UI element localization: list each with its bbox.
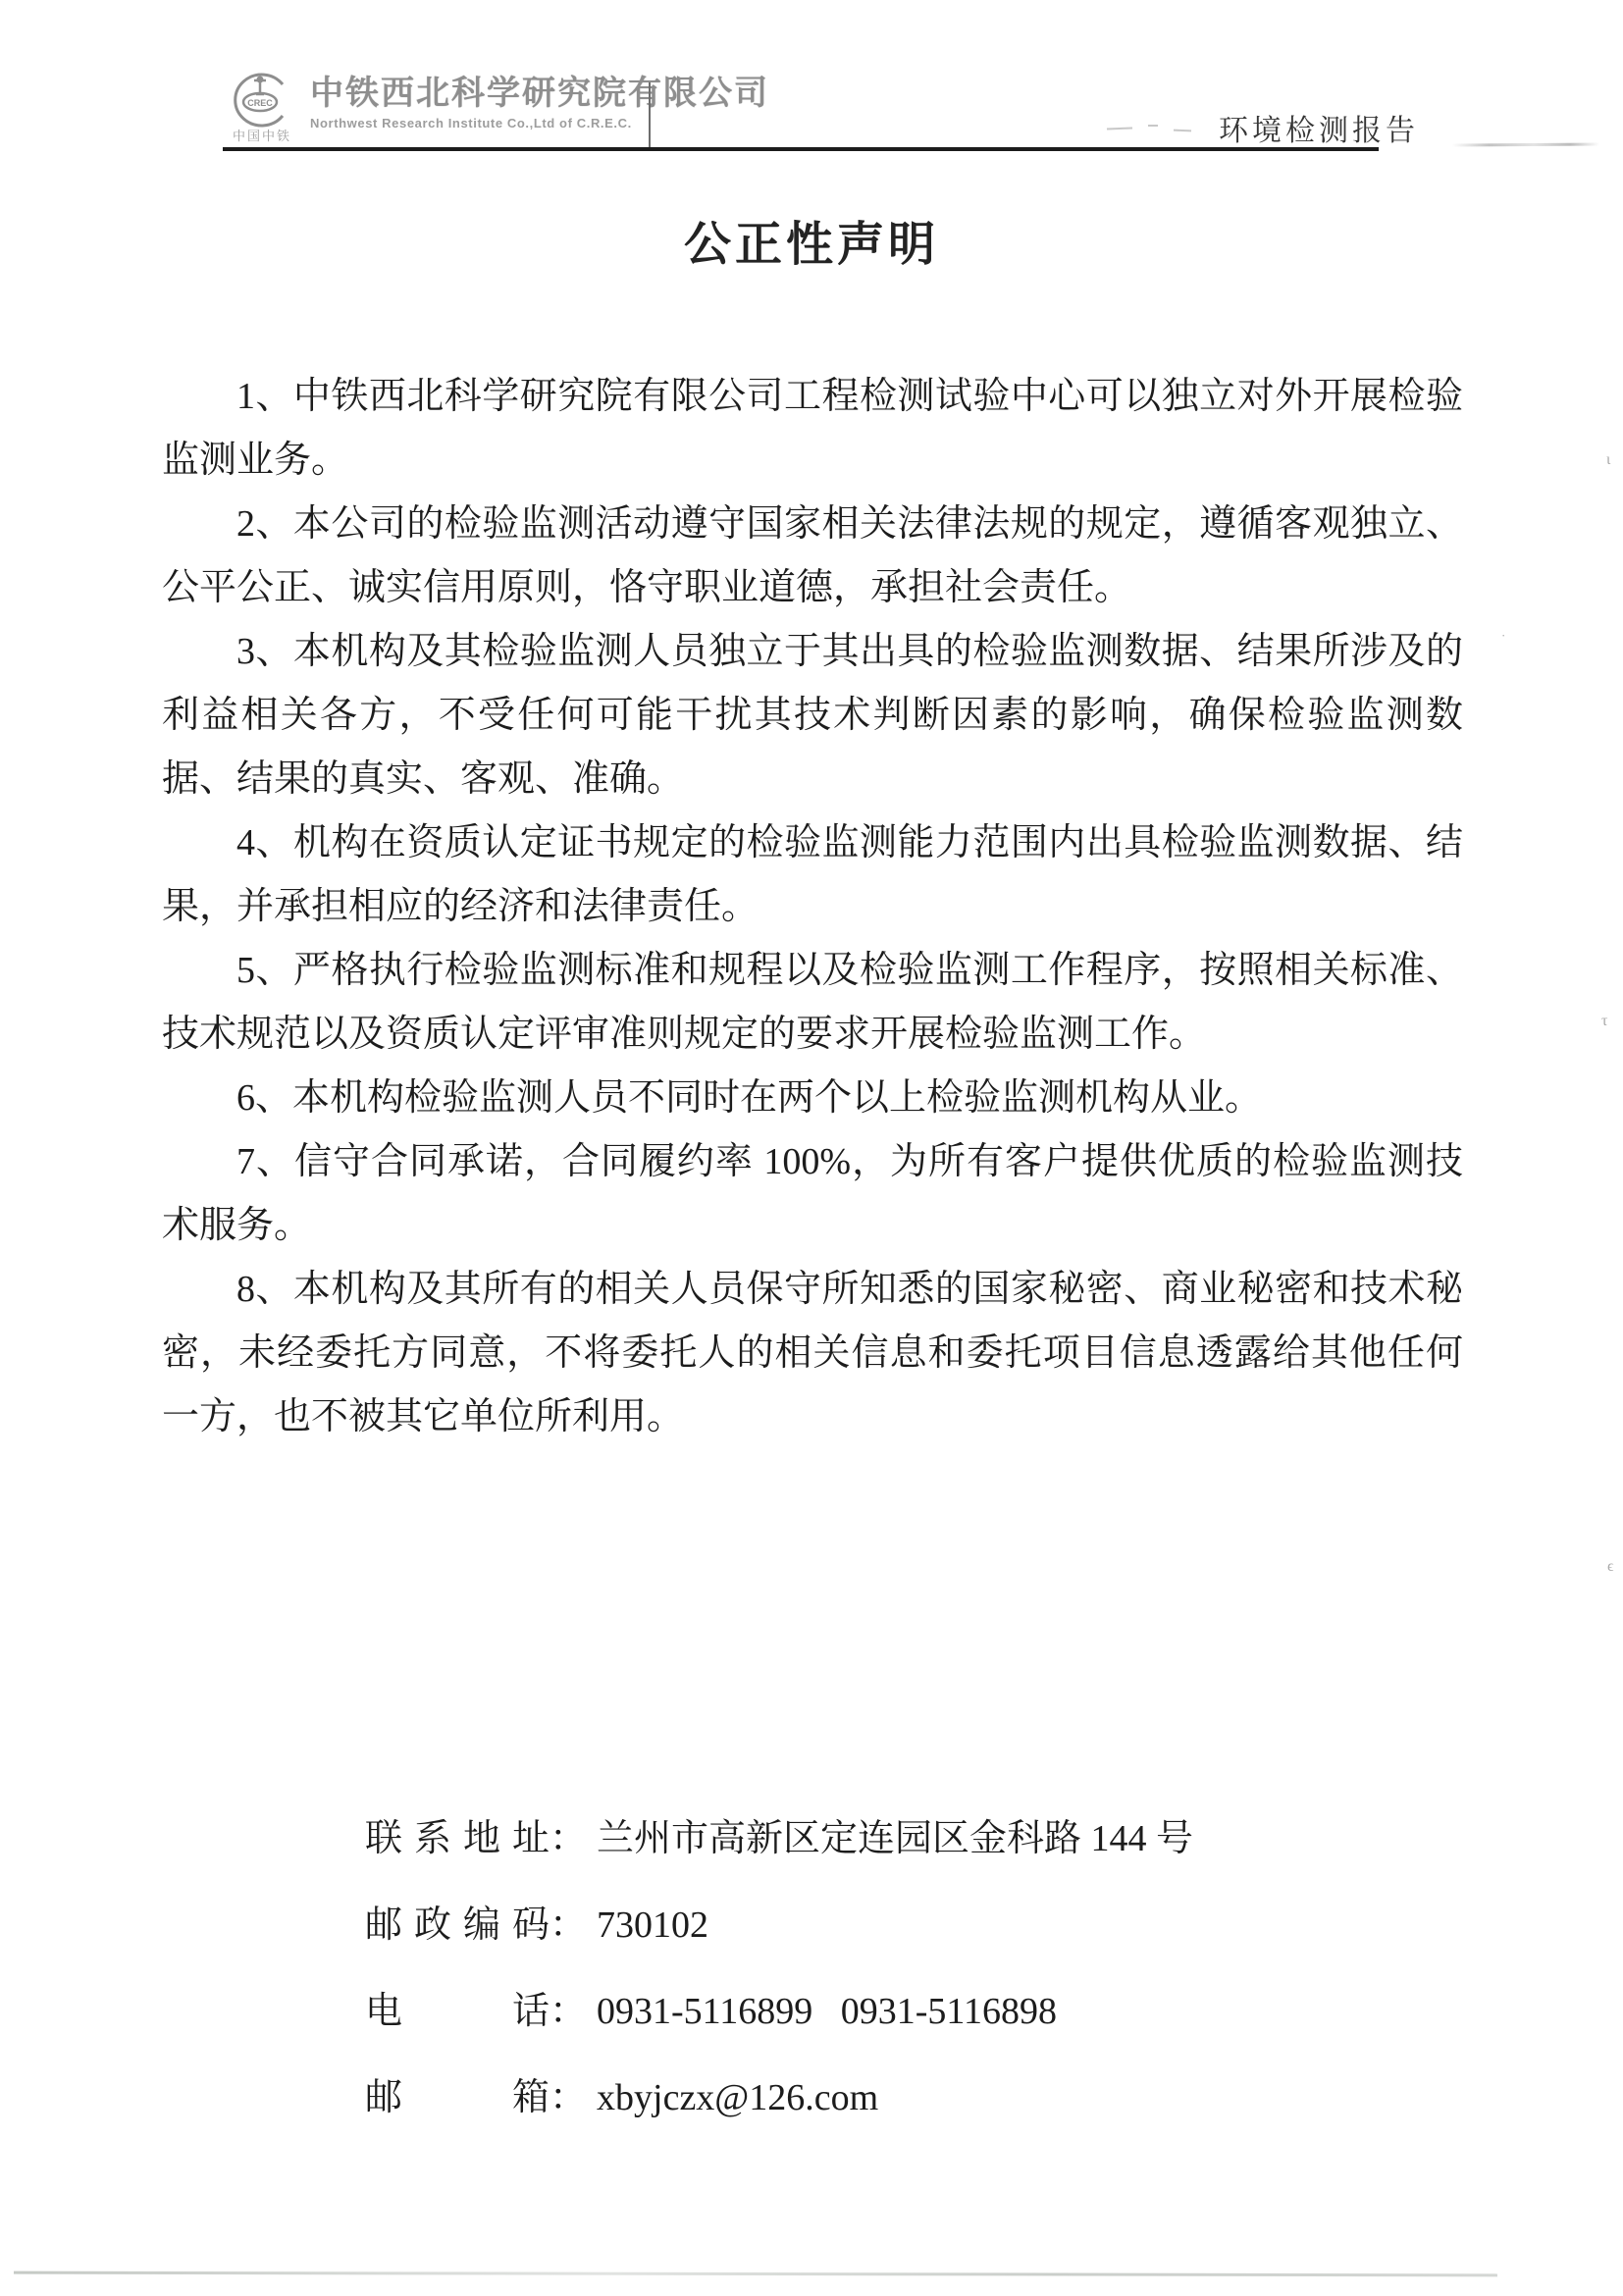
contact-label: 邮箱 [365,2055,550,2141]
statement-paragraph-5: 5、严格执行检验监测标准和规程以及检验监测工作程序，按照相关标准、技术规范以及资… [162,939,1463,1067]
scan-artifact-speck: τ [1601,1013,1607,1030]
scan-artifact-bottom-line [14,2271,1497,2277]
svg-text:CREC: CREC [247,98,273,108]
contact-label: 电话 [365,1968,550,2055]
statement-paragraph-6: 6、本机构检验监测人员不同时在两个以上检验监测机构从业。 [162,1067,1463,1130]
contact-value-address: 兰州市高新区定连园区金科路 144 号 [597,1796,1193,1882]
contact-block: 联系地址：兰州市高新区定连园区金科路 144 号 邮政编码：730102 电话：… [309,1709,1388,2055]
company-name-block: 中铁西北科学研究院有限公司 Northwest Research Institu… [310,73,769,130]
contact-colon: ： [550,1882,587,1968]
page-title: 公正性声明 [0,206,1623,274]
scan-artifact-speck: ι [1606,451,1610,469]
crec-emblem: CREC 中国中铁 [224,73,300,144]
scan-artifact-speck: ϵ [1607,1558,1613,1576]
scan-artifact-dash [1148,125,1158,127]
contact-value-email: xbyjczx@126.com [597,2055,878,2141]
contact-label: 联系地址 [365,1796,550,1882]
company-logo-block: CREC 中国中铁 中铁西北科学研究院有限公司 Northwest Resear… [224,73,652,151]
statement-paragraph-3: 3、本机构及其检验监测人员独立于其出具的检验监测数据、结果所涉及的利益相关各方，… [162,620,1463,811]
statement-paragraph-2: 2、本公司的检验监测活动遵守国家相关法律法规的规定，遵循客观独立、公平公正、诚实… [162,493,1463,620]
statement-body: 1、中铁西北科学研究院有限公司工程检测试验中心可以独立对外开展检验监测业务。 2… [162,365,1463,1449]
contact-value-phone: 0931-5116899 0931-5116898 [597,1968,1057,2055]
contact-value-postcode: 730102 [597,1882,708,1968]
report-type-label: 环境检测报告 [1219,106,1419,149]
scan-artifact-dash [1107,128,1132,130]
scan-artifact-speck: · [1501,628,1505,644]
brand-caption: 中国中铁 [224,126,300,144]
scan-artifact-vline [649,82,651,147]
crec-emblem-icon: CREC [224,73,300,128]
contact-colon: ： [550,1968,587,2055]
statement-paragraph-4: 4、机构在资质认定证书规定的检验监测能力范围内出具检验监测数据、结果，并承担相应… [162,811,1463,939]
contact-label: 邮政编码 [365,1882,550,1968]
contact-row-address: 联系地址：兰州市高新区定连园区金科路 144 号 [309,1709,1388,1796]
scan-artifact-dash [1174,130,1191,132]
company-name-en: Northwest Research Institute Co.,Ltd of … [310,116,769,130]
header-rule [223,147,1379,151]
statement-paragraph-1: 1、中铁西北科学研究院有限公司工程检测试验中心可以独立对外开展检验监测业务。 [162,365,1463,493]
contact-colon: ： [550,2055,587,2141]
document-page: CREC 中国中铁 中铁西北科学研究院有限公司 Northwest Resear… [0,0,1623,2296]
contact-colon: ： [550,1796,587,1882]
scan-artifact-rule-faint [1452,142,1599,146]
statement-paragraph-7: 7、信守合同承诺，合同履约率 100%，为所有客户提供优质的检验监测技术服务。 [162,1130,1463,1258]
statement-paragraph-8: 8、本机构及其所有的相关人员保守所知悉的国家秘密、商业秘密和技术秘密，未经委托方… [162,1258,1463,1449]
company-name-zh: 中铁西北科学研究院有限公司 [310,75,769,112]
